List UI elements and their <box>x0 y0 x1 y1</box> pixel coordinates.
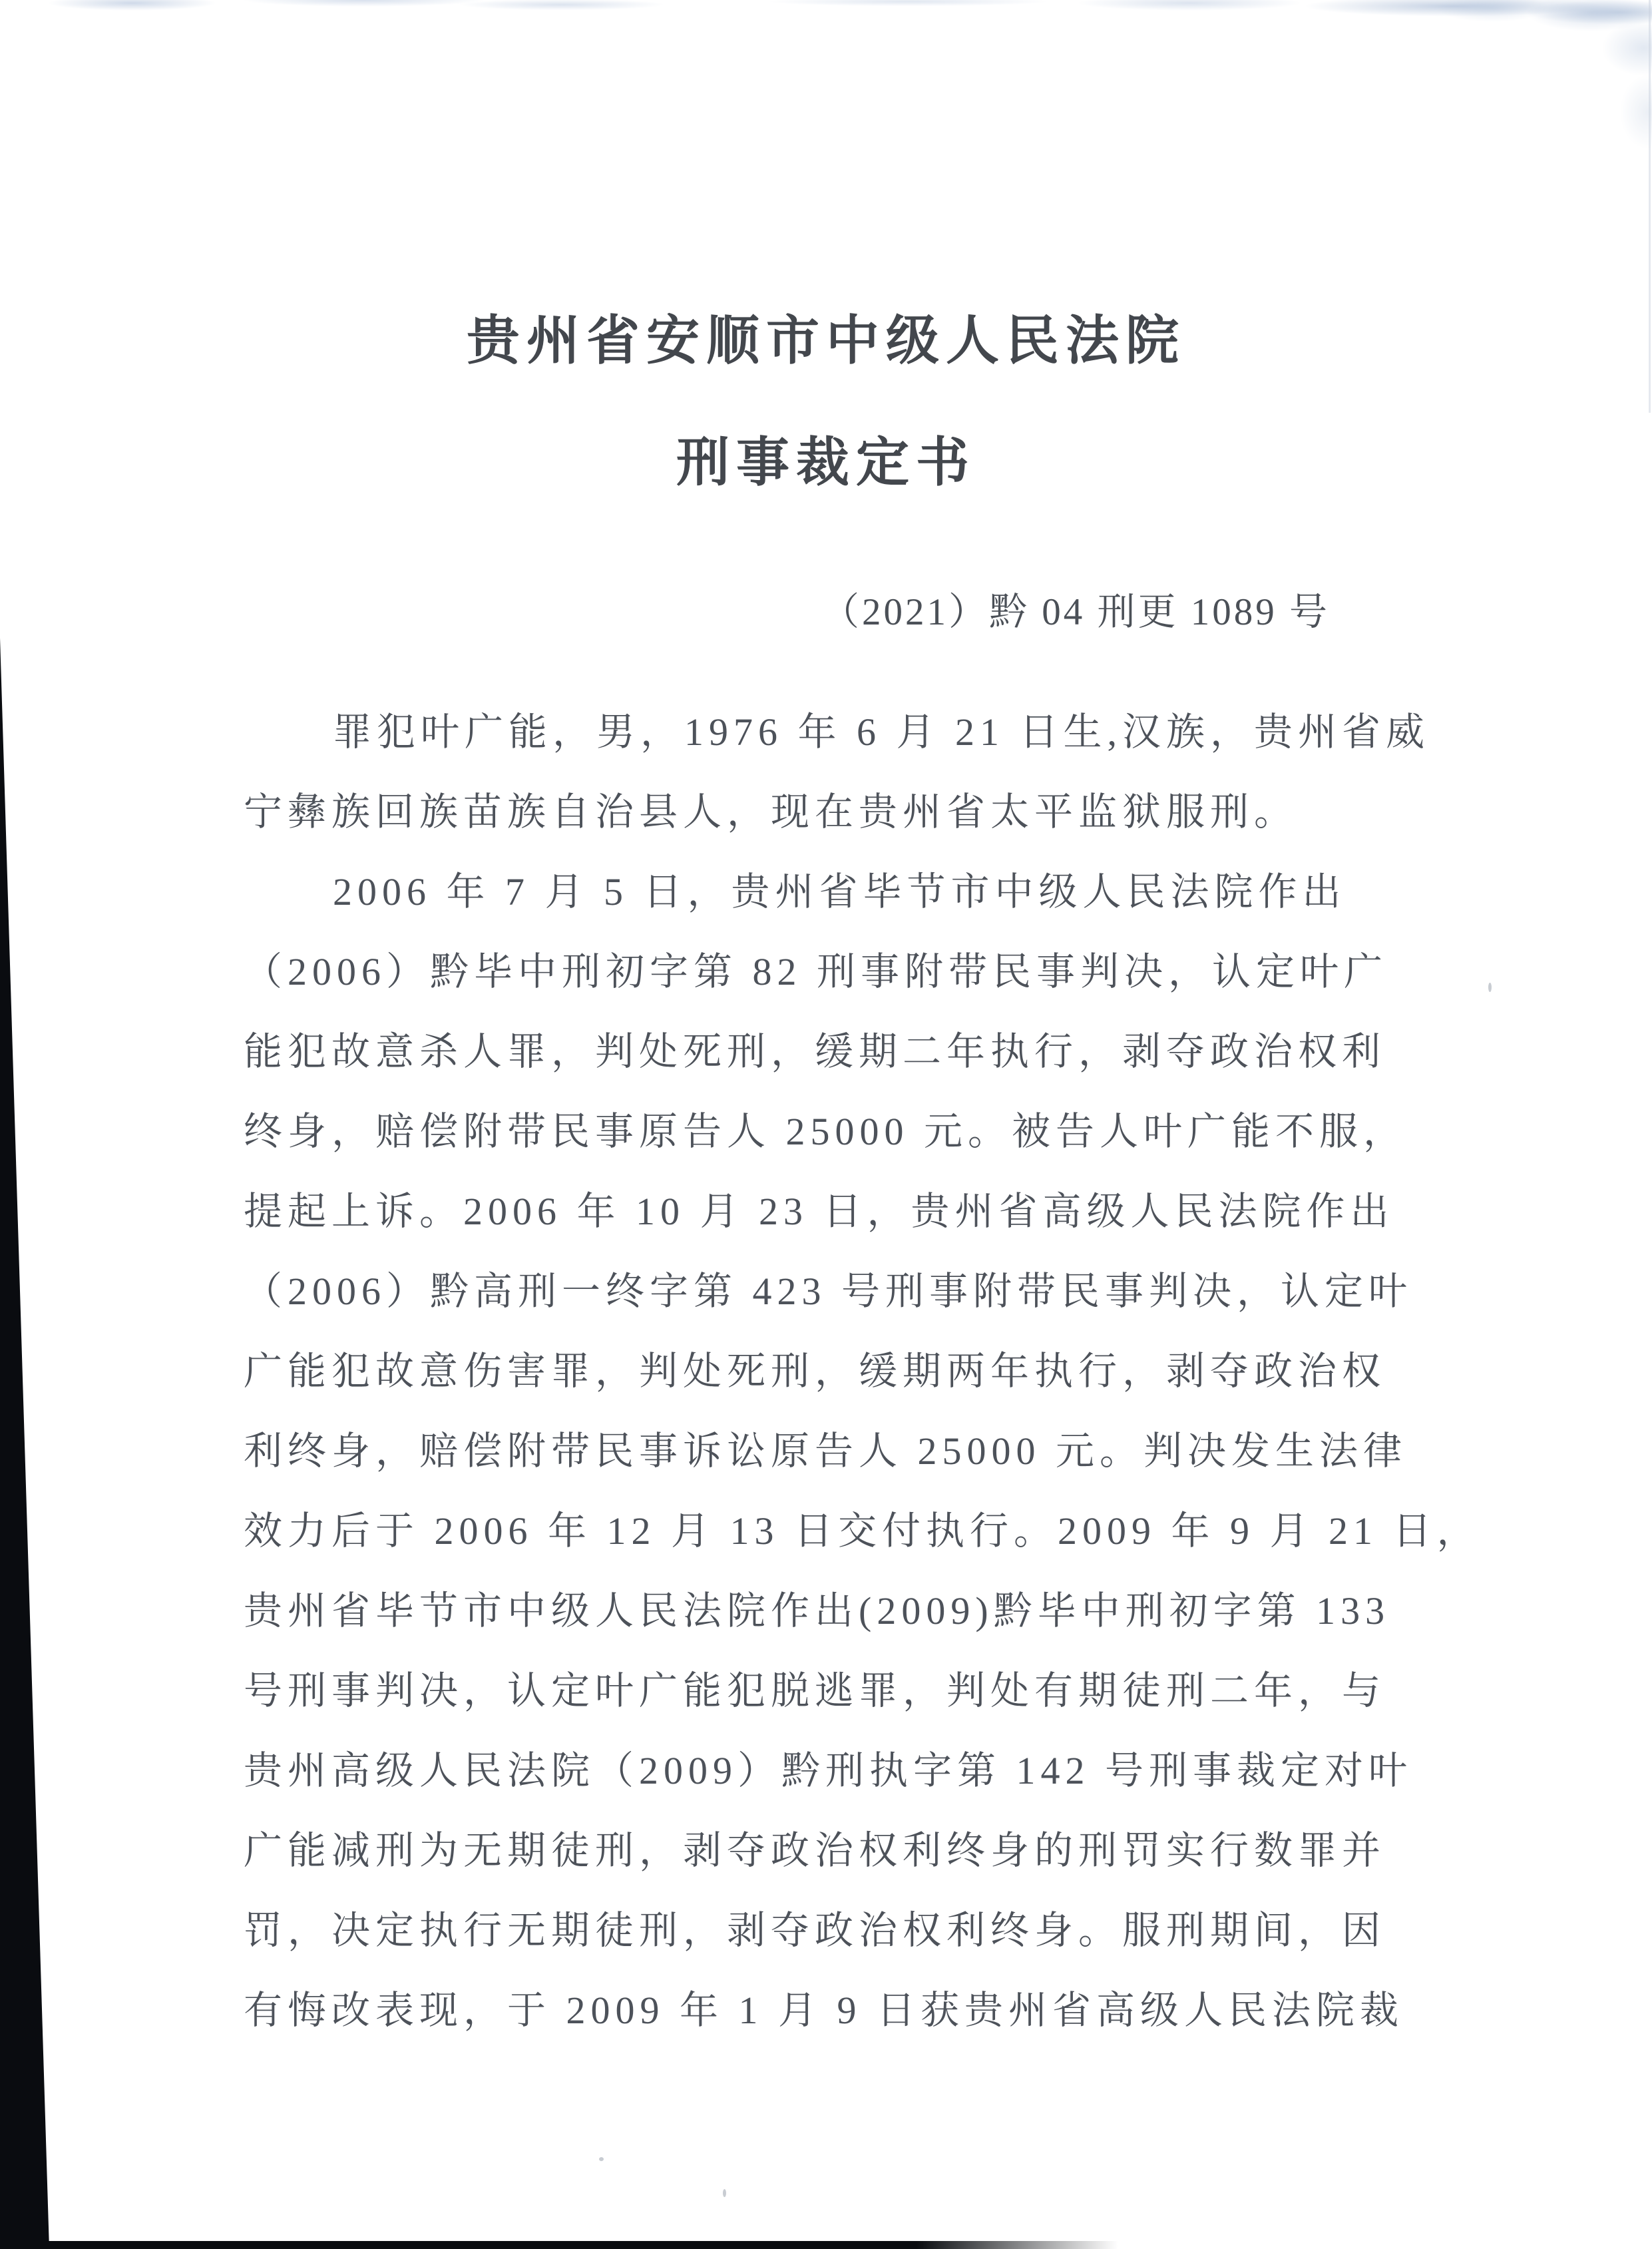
body-line: 2006 年 7 月 5 日，贵州省毕节市中级人民法院作出 <box>244 852 1412 932</box>
body-line: 罚，决定执行无期徒刑，剥夺政治权利终身。服刑期间，因 <box>244 1891 1412 1971</box>
body-line: 提起上诉。2006 年 10 月 23 日，贵州省高级人民法院作出 <box>244 1172 1412 1252</box>
document-body: 罪犯叶广能，男，1976 年 6 月 21 日生,汉族，贵州省威 宁彝族回族苗族… <box>244 692 1412 2051</box>
body-line: 号刑事判决，认定叶广能犯脱逃罪，判处有期徒刑二年，与 <box>244 1651 1412 1731</box>
body-line: 贵州高级人民法院（2009）黔刑执字第 142 号刑事裁定对叶 <box>244 1731 1412 1811</box>
body-line: 能犯故意杀人罪，判处死刑，缓期二年执行，剥夺政治权利 <box>244 1012 1412 1092</box>
scan-speck <box>599 2157 604 2161</box>
body-line: 罪犯叶广能，男，1976 年 6 月 21 日生,汉族，贵州省威 <box>244 692 1412 772</box>
scan-left-edge-shadow <box>0 638 49 2249</box>
body-line: 贵州省毕节市中级人民法院作出(2009)黔毕中刑初字第 133 <box>244 1571 1412 1651</box>
scan-speck <box>723 2189 726 2197</box>
court-name-title: 贵州省安顺市中级人民法院 <box>0 308 1652 374</box>
scan-bottom-edge-shadow <box>0 2241 1118 2249</box>
scanned-document-page: 贵州省安顺市中级人民法院 刑事裁定书 （2021）黔 04 刑更 1089 号 … <box>0 0 1652 2249</box>
body-line: （2006）黔毕中刑初字第 82 刑事附带民事判决，认定叶广 <box>244 932 1412 1012</box>
body-line: 广能犯故意伤害罪，判处死刑，缓期两年执行，剥夺政治权 <box>244 1332 1412 1411</box>
scan-speck <box>1488 983 1492 992</box>
body-line: 有悔改表现，于 2009 年 1 月 9 日获贵州省高级人民法院裁 <box>244 1971 1412 2051</box>
case-number: （2021）黔 04 刑更 1089 号 <box>821 586 1330 639</box>
body-line: （2006）黔高刑一终字第 423 号刑事附带民事判决，认定叶 <box>244 1252 1412 1332</box>
body-line: 效力后于 2006 年 12 月 13 日交付执行。2009 年 9 月 21 … <box>244 1491 1412 1571</box>
document-type-title: 刑事裁定书 <box>0 429 1652 496</box>
body-line: 终身，赔偿附带民事原告人 25000 元。被告人叶广能不服， <box>244 1092 1412 1172</box>
body-line: 宁彝族回族苗族自治县人，现在贵州省太平监狱服刑。 <box>244 772 1412 852</box>
body-line: 利终身，赔偿附带民事诉讼原告人 25000 元。判决发生法律 <box>244 1411 1412 1491</box>
scan-noise-top-right-corner <box>1253 0 1652 160</box>
body-line: 广能减刑为无期徒刑，剥夺政治权利终身的刑罚实行数罪并 <box>244 1811 1412 1891</box>
